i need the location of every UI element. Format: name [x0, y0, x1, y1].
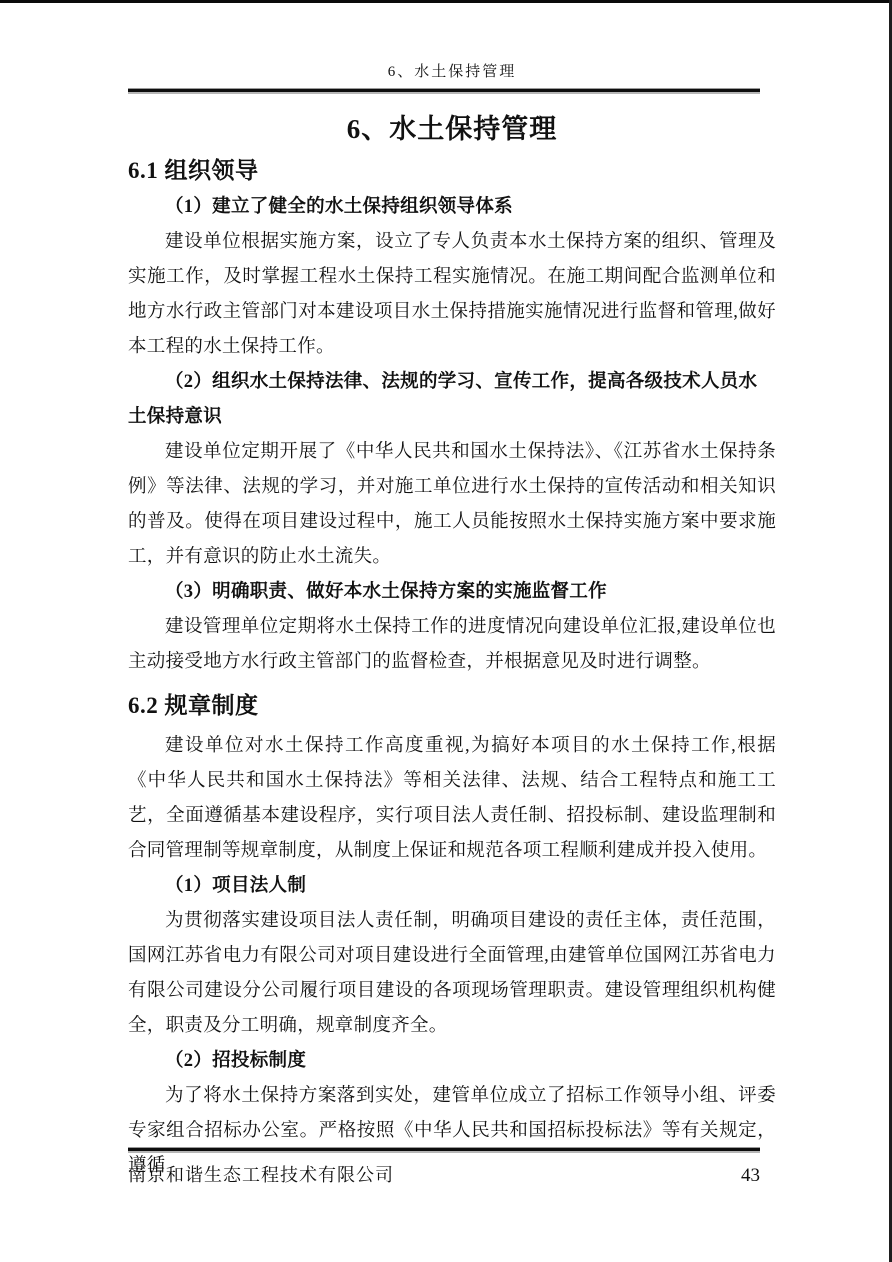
section-heading: 6.1 组织领导 — [128, 152, 776, 190]
footer-page-number: 43 — [741, 1165, 760, 1187]
document-page: 6、水土保持管理 6、水土保持管理 6.1 组织领导（1）建立了健全的水土保持组… — [0, 0, 892, 1262]
sub-heading: （1）项目法人制 — [128, 869, 776, 904]
header-rule — [128, 88, 760, 94]
scan-edge-top — [0, 0, 892, 3]
sub-heading: （3）明确职责、做好本水土保持方案的实施监督工作 — [128, 575, 776, 610]
footer-rule — [128, 1147, 760, 1153]
section-heading: 6.2 规章制度 — [128, 687, 776, 725]
paragraph: 建设单位对水土保持工作高度重视,为搞好本项目的水土保持工作,根据《中华人民共和国… — [128, 729, 776, 869]
sub-heading: （1）建立了健全的水土保持组织领导体系 — [128, 190, 776, 225]
paragraph: 建设单位根据实施方案，设立了专人负责本水土保持方案的组织、管理及实施工作，及时掌… — [128, 225, 776, 365]
paragraph: 为贯彻落实建设项目法人责任制，明确项目建设的责任主体，责任范围，国网江苏省电力有… — [128, 904, 776, 1044]
footer-company-name: 南京和谐生态工程技术有限公司 — [128, 1161, 394, 1187]
sub-heading: （2）招投标制度 — [128, 1044, 776, 1079]
page-title: 6、水土保持管理 — [128, 110, 776, 148]
running-header: 6、水土保持管理 — [128, 60, 776, 84]
document-body: 6.1 组织领导（1）建立了健全的水土保持组织领导体系建设单位根据实施方案，设立… — [128, 152, 776, 1184]
page-header: 6、水土保持管理 — [128, 60, 776, 94]
paragraph: 建设单位定期开展了《中华人民共和国水土保持法》、《江苏省水土保持条例》等法律、法… — [128, 435, 776, 575]
page-footer: 南京和谐生态工程技术有限公司 43 — [128, 1147, 760, 1187]
sub-heading: （2）组织水土保持法律、法规的学习、宣传工作，提高各级技术人员水土保持意识 — [128, 365, 776, 435]
paragraph: 建设管理单位定期将水土保持工作的进度情况向建设单位汇报,建设单位也主动接受地方水… — [128, 610, 776, 680]
